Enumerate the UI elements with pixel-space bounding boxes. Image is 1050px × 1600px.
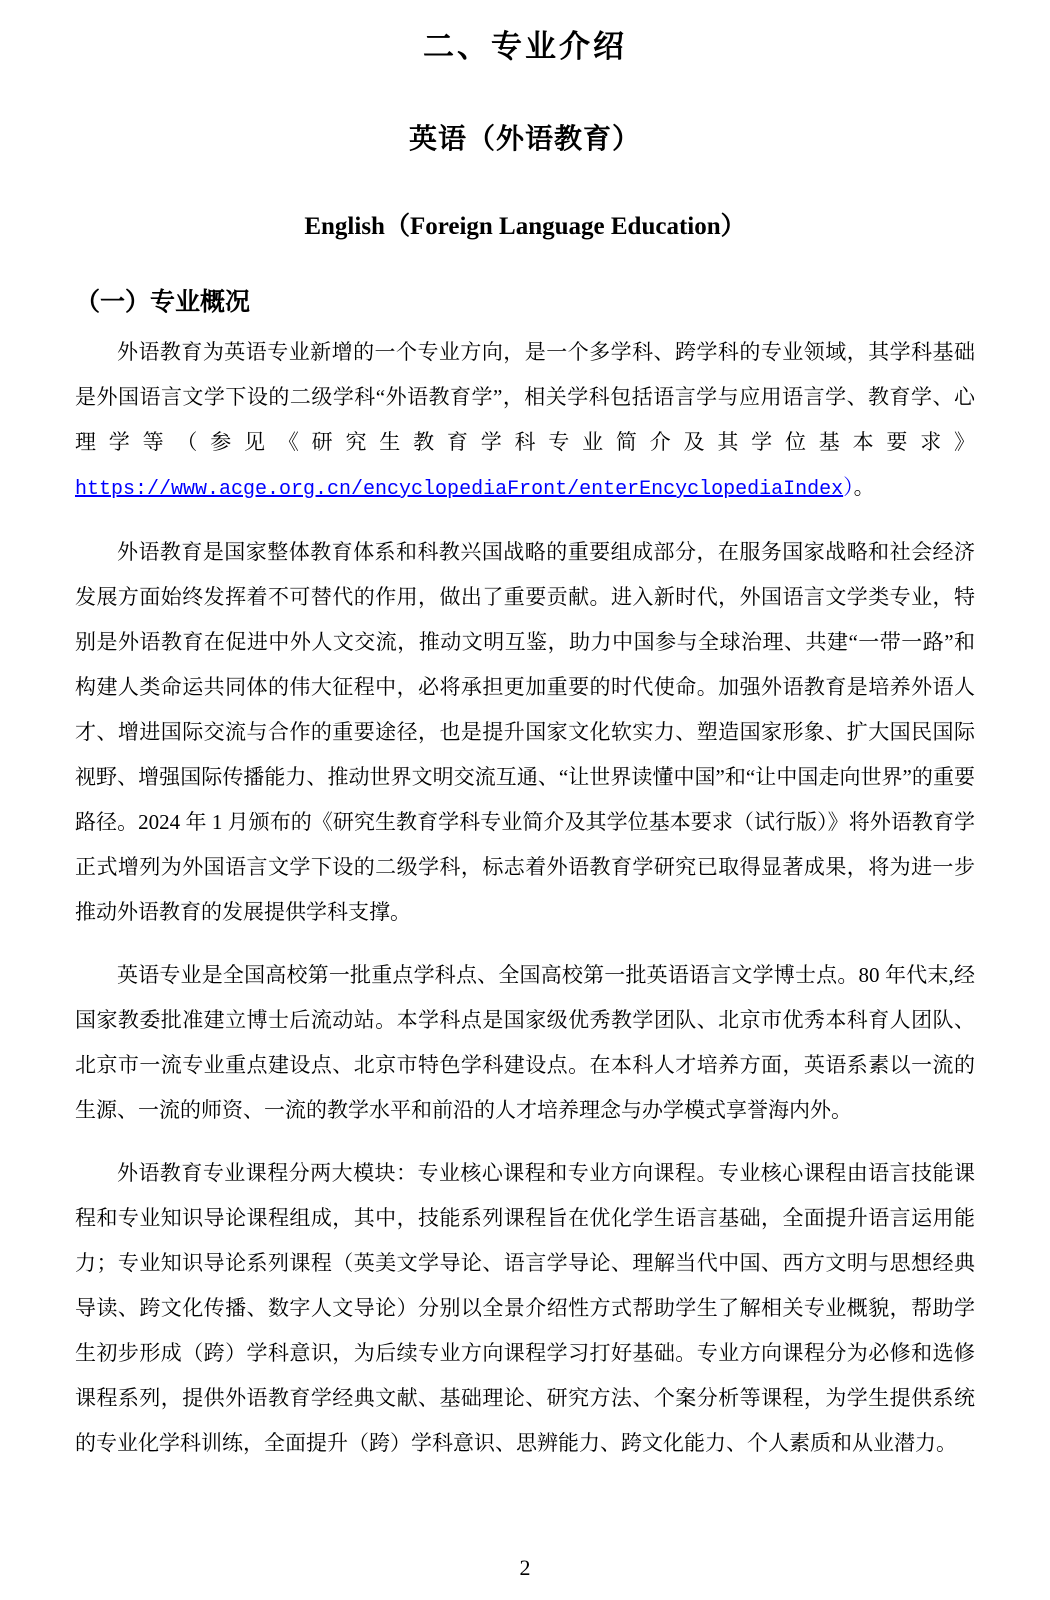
document-page: 二、专业介绍 英语（外语教育） English（Foreign Language… (0, 0, 1050, 1600)
paragraph-overview-text-end: 。 (854, 475, 875, 499)
encyclopedia-link[interactable]: https://www.acge.org.cn/encyclopediaFron… (75, 478, 843, 501)
paragraph-discipline-strength: 英语专业是全国高校第一批重点学科点、全国高校第一批英语语言文学博士点。80 年代… (75, 953, 975, 1133)
paragraph-overview: 外语教育为英语专业新增的一个专业方向，是一个多学科、跨学科的专业领域，其学科基础… (75, 330, 975, 512)
link-suffix: ） (843, 475, 854, 499)
page-number: 2 (0, 1554, 1050, 1582)
paragraph-national-strategy: 外语教育是国家整体教育体系和科教兴国战略的重要组成部分，在服务国家战略和社会经济… (75, 530, 975, 935)
major-title-en: English（Foreign Language Education） (75, 210, 975, 244)
subsection-heading: （一）专业概况 (75, 286, 975, 318)
major-title-zh: 英语（外语教育） (75, 120, 975, 158)
section-title: 二、专业介绍 (75, 20, 975, 68)
paragraph-overview-text: 外语教育为英语专业新增的一个专业方向，是一个多学科、跨学科的专业领域，其学科基础… (75, 340, 975, 454)
paragraph-curriculum: 外语教育专业课程分两大模块：专业核心课程和专业方向课程。专业核心课程由语言技能课… (75, 1151, 975, 1466)
